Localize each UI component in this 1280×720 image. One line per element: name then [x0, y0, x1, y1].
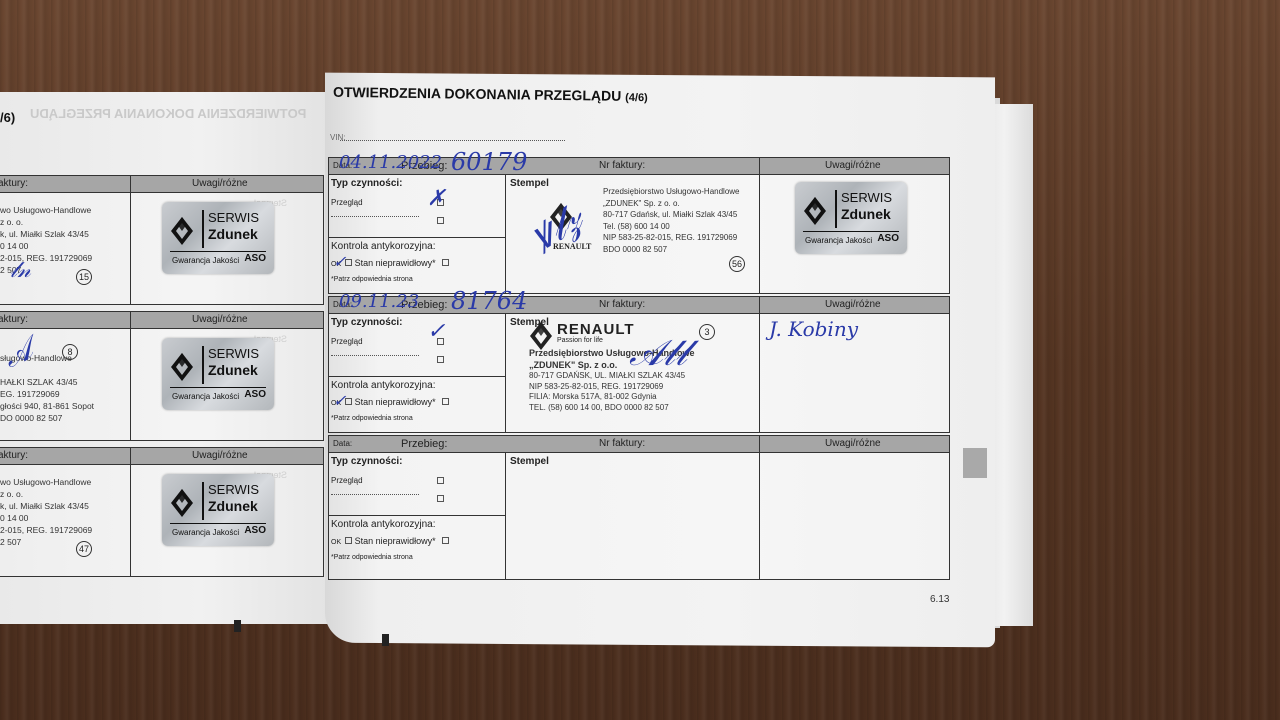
spine-mark [382, 634, 389, 646]
mileage-label: Przebieg: [401, 438, 447, 450]
handwritten-mileage: 81764 [451, 287, 527, 315]
anticorrosion-ok-checkmark: ✓ [333, 252, 346, 271]
remarks-label: Uwagi/różne [192, 450, 248, 461]
invoice-label: Nr faktury: [599, 299, 645, 310]
left-service-entry: aktury: Uwagi/różne Stempel x sługowo-Ha… [0, 311, 324, 441]
sticker-line1: SERWIS [208, 482, 259, 497]
service-entry: Data: Przebieg: Nr faktury: Uwagi/różne … [328, 296, 950, 433]
sticker-badge: ASO [877, 233, 899, 244]
remarks-label: Uwagi/różne [825, 438, 881, 449]
service-entry: Data: Przebieg: Nr faktury: Uwagi/różne … [328, 435, 950, 580]
renault-logo-icon [170, 216, 194, 246]
section-tab-marker [963, 448, 987, 478]
handwritten-mileage: 60179 [451, 148, 527, 176]
footnote: *Patrz odpowiednia strona [331, 554, 413, 561]
anticorrosion-options: OK Stan nieprawidłowy* [331, 536, 449, 546]
renault-logo-icon [170, 488, 194, 518]
service-sticker: SERWIS Zdunek Gwarancja Jakości ASO [162, 474, 274, 546]
spine-mark [234, 620, 241, 632]
entry-header: Data: Przebieg: Nr faktury: Uwagi/różne [329, 297, 949, 314]
stamp-number: 56 [729, 256, 745, 272]
stamp-label: Stempel [510, 456, 549, 467]
service-sticker: SERWIS Zdunek Gwarancja Jakości ASO [795, 182, 907, 254]
sticker-line2: Zdunek [841, 206, 891, 222]
sticker-badge: ASO [244, 525, 266, 536]
handwritten-signature: ꝟ𝓁𝓏 [519, 189, 592, 263]
remarks-label: Uwagi/różne [192, 314, 248, 325]
dealer-stamp: Przedsiębiorstwo Usługowo-Handlowe„ZDUNE… [603, 186, 740, 255]
sticker-line1: SERWIS [841, 190, 892, 205]
footnote: *Patrz odpowiednia strona [331, 415, 413, 422]
inspection-label: Przegląd [331, 198, 363, 207]
sticker-badge: ASO [244, 253, 266, 264]
invoice-label: aktury: [0, 450, 28, 461]
left-page-title-fragment: /6) [0, 110, 15, 125]
stamp-brand: RENAULT [557, 321, 635, 338]
entry-header: aktury: Uwagi/różne [0, 312, 323, 329]
entry-header: aktury: Uwagi/różne [0, 176, 323, 193]
sticker-badge: ASO [244, 389, 266, 400]
footnote: *Patrz odpowiednia strona [331, 276, 413, 283]
remarks-signature: J. Kobiny [769, 317, 858, 341]
remarks-label: Uwagi/różne [825, 160, 881, 171]
anticorrosion-ok-checkmark: ✓ [333, 391, 346, 410]
activity-type-label: Typ czynności: [331, 178, 403, 189]
entry-header: Data: Przebieg: Nr faktury: Uwagi/różne [329, 436, 949, 453]
invoice-label: Nr faktury: [599, 160, 645, 171]
anticorrosion-label: Kontrola antykorozyjna: [331, 519, 436, 530]
anticorrosion-label: Kontrola antykorozyjna: [331, 241, 436, 252]
anticorrosion-options: OK Stan nieprawidłowy* [331, 258, 449, 268]
service-sticker: SERWIS Zdunek Gwarancja Jakości ASO [162, 338, 274, 410]
remarks-label: Uwagi/różne [192, 178, 248, 189]
sticker-footer: Gwarancja Jakości [172, 528, 239, 537]
activity-type-label: Typ czynności: [331, 317, 403, 328]
stamp-number: 8 [62, 344, 78, 360]
sticker-line1: SERWIS [208, 210, 259, 225]
inspection-checkbox[interactable] [433, 476, 444, 486]
bleed-through-title: POTWIERDZENIA DOKONANIA PRZEGLĄDU [30, 106, 306, 121]
service-sticker: SERWIS Zdunek Gwarancja Jakości ASO [162, 202, 274, 274]
inspection-label: Przegląd [331, 337, 363, 346]
renault-logo-icon [170, 352, 194, 382]
sticker-line2: Zdunek [208, 498, 258, 514]
sticker-line2: Zdunek [208, 362, 258, 378]
activity-type-label: Typ czynności: [331, 456, 403, 467]
handwritten-date: 09.11.23 [339, 291, 419, 312]
inspection-checkmark: ✓ [427, 319, 445, 344]
anticorrosion-label: Kontrola antykorozyjna: [331, 380, 436, 391]
page-number: 6.13 [930, 594, 949, 605]
anticorrosion-options: OK Stan nieprawidłowy* [331, 397, 449, 407]
handwritten-signature: 𝒜𝓁𝓁 [629, 333, 687, 375]
vin-field[interactable] [340, 140, 565, 141]
sticker-footer: Gwarancja Jakości [172, 256, 239, 265]
other-checkbox[interactable] [433, 355, 444, 365]
invoice-label: aktury: [0, 314, 28, 325]
stamp-label: Stempel [510, 178, 549, 189]
dealer-stamp: wo Usługowo-Handlowez o. o.k, ul. Miałki… [0, 476, 92, 548]
renault-logo-icon [529, 321, 553, 351]
sticker-line1: SERWIS [208, 346, 259, 361]
left-service-entry: aktury: Uwagi/różne Stempel x wo Usługow… [0, 175, 324, 305]
date-label: Data: [333, 439, 352, 448]
sticker-footer: Gwarancja Jakości [805, 236, 872, 245]
entry-header: aktury: Uwagi/różne [0, 448, 323, 465]
invoice-label: aktury: [0, 178, 28, 189]
remarks-label: Uwagi/różne [825, 299, 881, 310]
invoice-label: Nr faktury: [599, 438, 645, 449]
other-checkbox[interactable] [433, 494, 444, 504]
stamp-number: 47 [76, 541, 92, 557]
handwritten-signature: 𝓁𝓃 [10, 258, 31, 283]
other-checkbox[interactable] [433, 216, 444, 226]
inspection-label: Przegląd [331, 476, 363, 485]
handwritten-date: 04.11.2022 [339, 152, 442, 173]
sticker-footer: Gwarancja Jakości [172, 392, 239, 401]
inspection-checkmark: ✗ [427, 186, 445, 211]
service-entry: Data: Przebieg: Nr faktury: Uwagi/różne … [328, 157, 950, 294]
sticker-line2: Zdunek [208, 226, 258, 242]
renault-logo-icon [803, 196, 827, 226]
stamp-number: 3 [699, 324, 715, 340]
left-service-entry: aktury: Uwagi/różne Stempel x wo Usługow… [0, 447, 324, 577]
stamp-tagline: Passion for life [557, 337, 603, 344]
stamp-number: 15 [76, 269, 92, 285]
